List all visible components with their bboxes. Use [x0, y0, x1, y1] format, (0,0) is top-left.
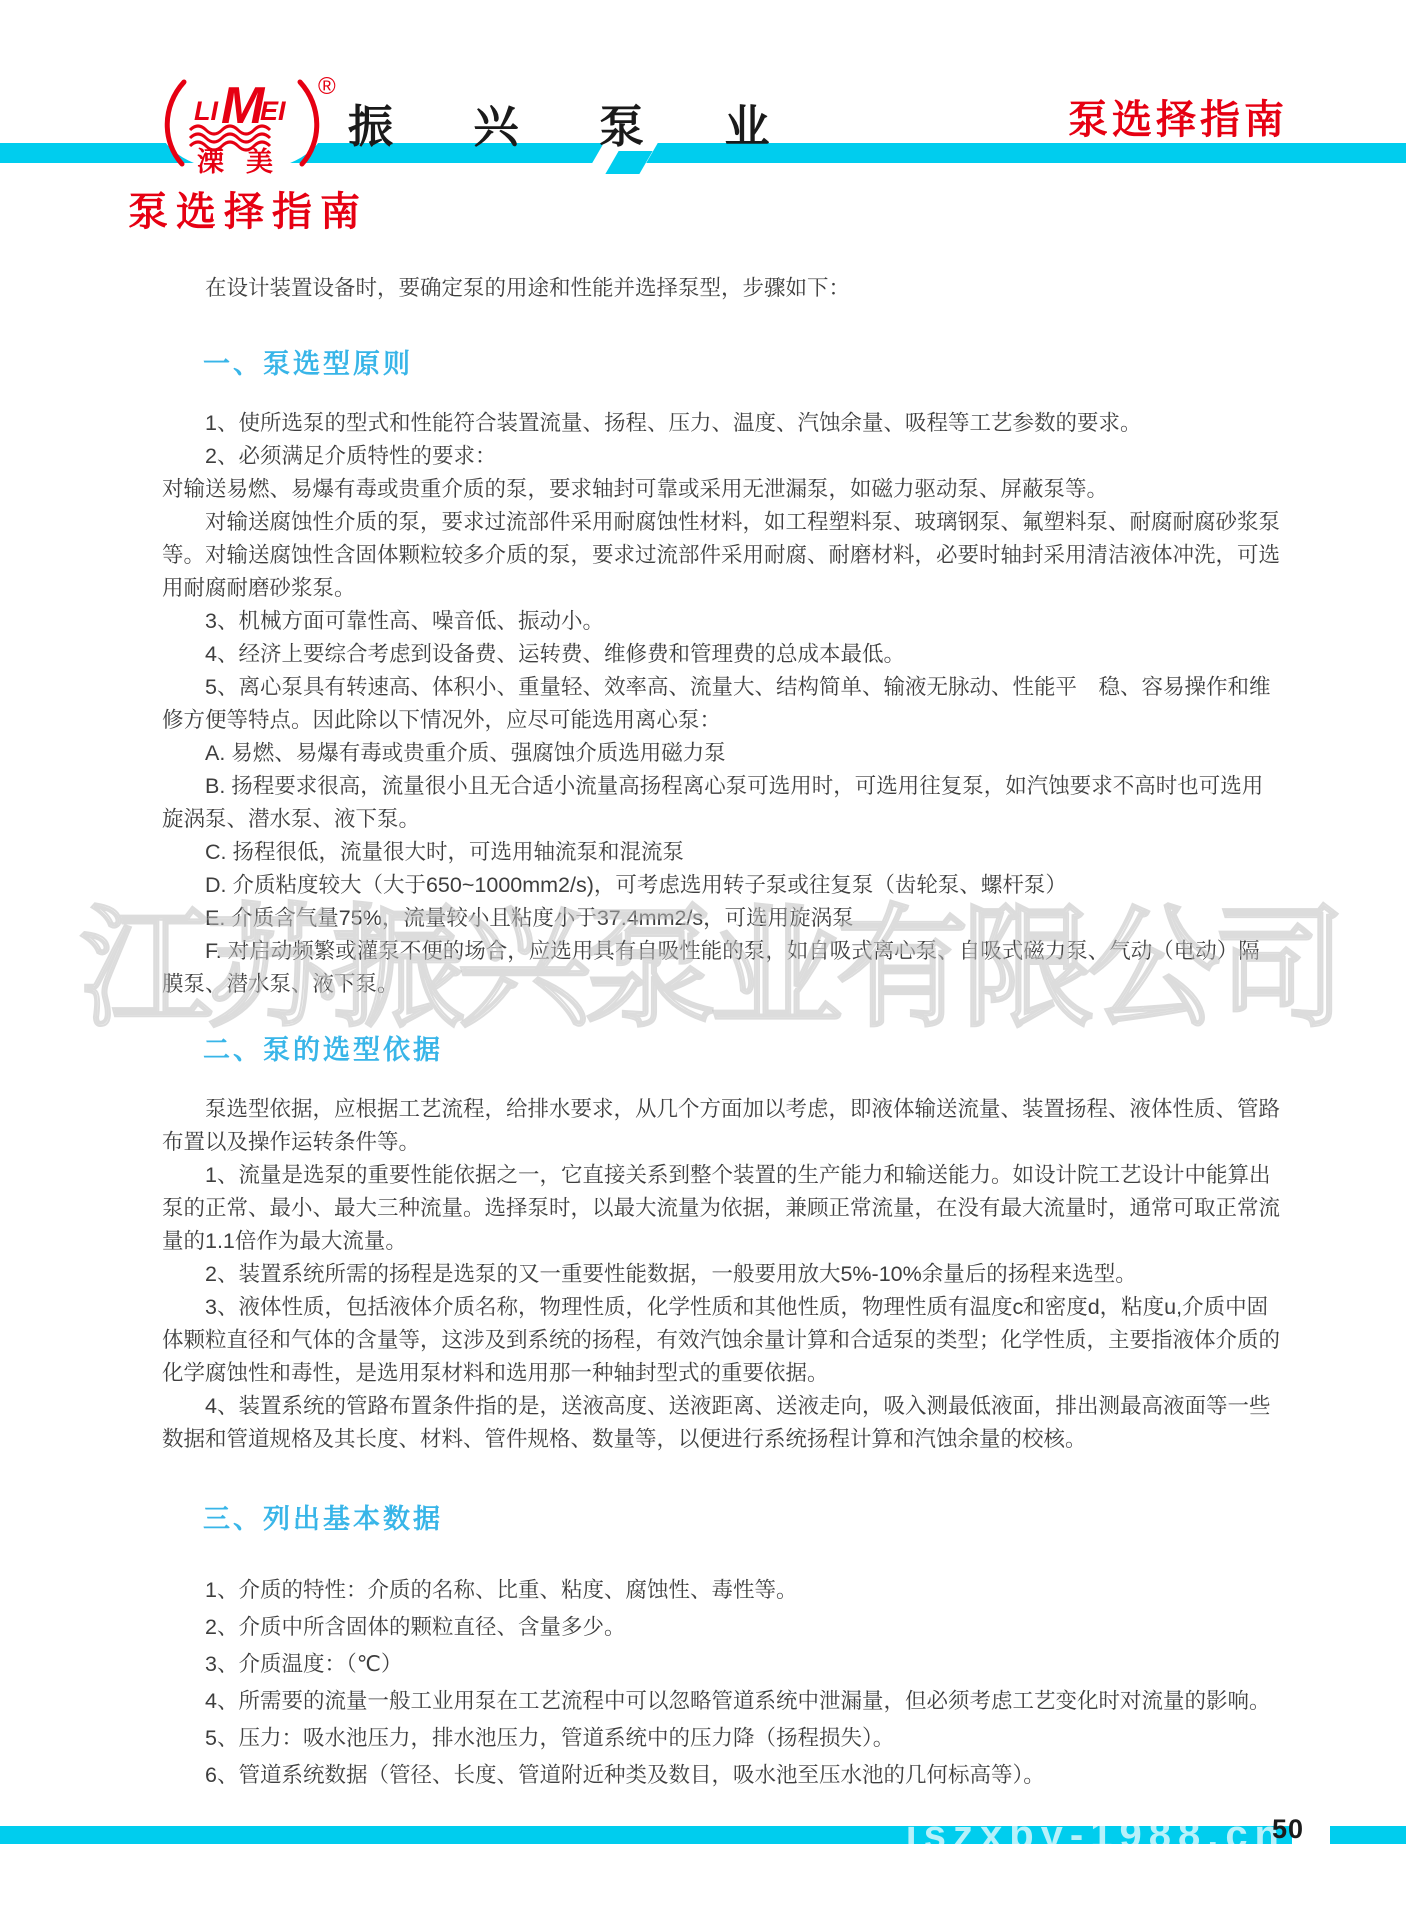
section-heading-3: 三、列出基本数据	[162, 1502, 1280, 1536]
paragraph: 3、介质温度：（℃）	[162, 1646, 1280, 1683]
document-page: LI M EI ® 溧美 振 兴 泵 业 泵选择指南 泵选择指南 在设计装置设备…	[0, 0, 1406, 1920]
section-heading-1: 一、泵选型原则	[162, 347, 1280, 381]
paragraph: 2、装置系统所需的扬程是选泵的又一重要性能数据，一般要用放大5%-10%余量后的…	[162, 1258, 1280, 1291]
center-watermark: 江苏振兴泵业有限公司	[80, 862, 1340, 1052]
logo-chinese-name: 溧美	[197, 147, 295, 177]
page-title: 泵选择指南	[128, 180, 368, 237]
paragraph: 4、经济上要综合考虑到设备费、运转费、维修费和管理费的总成本最低。	[162, 638, 1280, 671]
paragraph: 泵选型依据，应根据工艺流程，给排水要求，从几个方面加以考虑，即液体输送流量、装置…	[162, 1093, 1280, 1159]
paragraph: 2、介质中所含固体的颗粒直径、含量多少。	[162, 1609, 1280, 1646]
registered-mark-icon: ®	[318, 73, 336, 100]
paragraph: 1、使所选泵的型式和性能符合装置流量、扬程、压力、温度、汽蚀余量、吸程等工艺参数…	[162, 407, 1280, 440]
paragraph: 对输送腐蚀性介质的泵，要求过流部件采用耐腐蚀性材料，如工程塑料泵、玻璃钢泵、氟塑…	[162, 506, 1280, 605]
paragraph: 3、机械方面可靠性高、噪音低、振动小。	[162, 605, 1280, 638]
footer-accent-bar-end	[1330, 1826, 1406, 1844]
paragraph: 4、装置系统的管路布置条件指的是，送液高度、送液距离、送液走向，吸入测最低液面，…	[162, 1390, 1280, 1456]
paragraph: 1、流量是选泵的重要性能依据之一，它直接关系到整个装置的生产能力和输送能力。如设…	[162, 1159, 1280, 1258]
paragraph: 6、管道系统数据（管径、长度、管道附近种类及数目，吸水池至压水池的几何标高等）。	[162, 1757, 1280, 1794]
paragraph: B. 扬程要求很高，流量很小且无合适小流量高扬程离心泵可选用时，可选用往复泵，如…	[162, 770, 1280, 836]
paragraph: 5、离心泵具有转速高、体积小、重量轻、效率高、流量大、结构简单、输液无脉动、性能…	[162, 671, 1280, 737]
footer-watermark: jszxby-1988.cn	[906, 1826, 1286, 1844]
section-3: 1、介质的特性：介质的名称、比重、粘度、腐蚀性、毒性等。 2、介质中所含固体的颗…	[162, 1572, 1280, 1794]
paragraph: 对输送易燃、易爆有毒或贵重介质的泵，要求轴封可靠或采用无泄漏泵，如磁力驱动泵、屏…	[162, 473, 1280, 506]
paragraph: 1、介质的特性：介质的名称、比重、粘度、腐蚀性、毒性等。	[162, 1572, 1280, 1609]
paragraph: 2、必须满足介质特性的要求：	[162, 440, 1280, 473]
section-2: 泵选型依据，应根据工艺流程，给排水要求，从几个方面加以考虑，即液体输送流量、装置…	[162, 1093, 1280, 1456]
logo-text-ei: EI	[260, 96, 286, 126]
paragraph: 3、液体性质，包括液体介质名称，物理性质，化学性质和其他性质，物理性质有温度c和…	[162, 1291, 1280, 1390]
paragraph: A. 易燃、易爆有毒或贵重介质、强腐蚀介质选用磁力泵	[162, 737, 1280, 770]
paragraph: 5、压力：吸水池压力，排水池压力，管道系统中的压力降（扬程损失）。	[162, 1720, 1280, 1757]
limei-logo-icon: LI M EI ® 溧美	[150, 70, 350, 178]
footer-accent-bar: jszxby-1988.cn	[0, 1826, 1292, 1844]
page-number: 50	[1272, 1814, 1304, 1845]
header-corner-title: 泵选择指南	[1068, 88, 1288, 145]
company-name: 振 兴 泵 业	[348, 90, 804, 155]
intro-paragraph: 在设计装置设备时，要确定泵的用途和性能并选择泵型，步骤如下：	[162, 272, 1280, 305]
logo-text-li: LI	[194, 96, 218, 126]
paragraph: 4、所需要的流量一般工业用泵在工艺流程中可以忽略管道系统中泄漏量，但必须考虑工艺…	[162, 1683, 1280, 1720]
